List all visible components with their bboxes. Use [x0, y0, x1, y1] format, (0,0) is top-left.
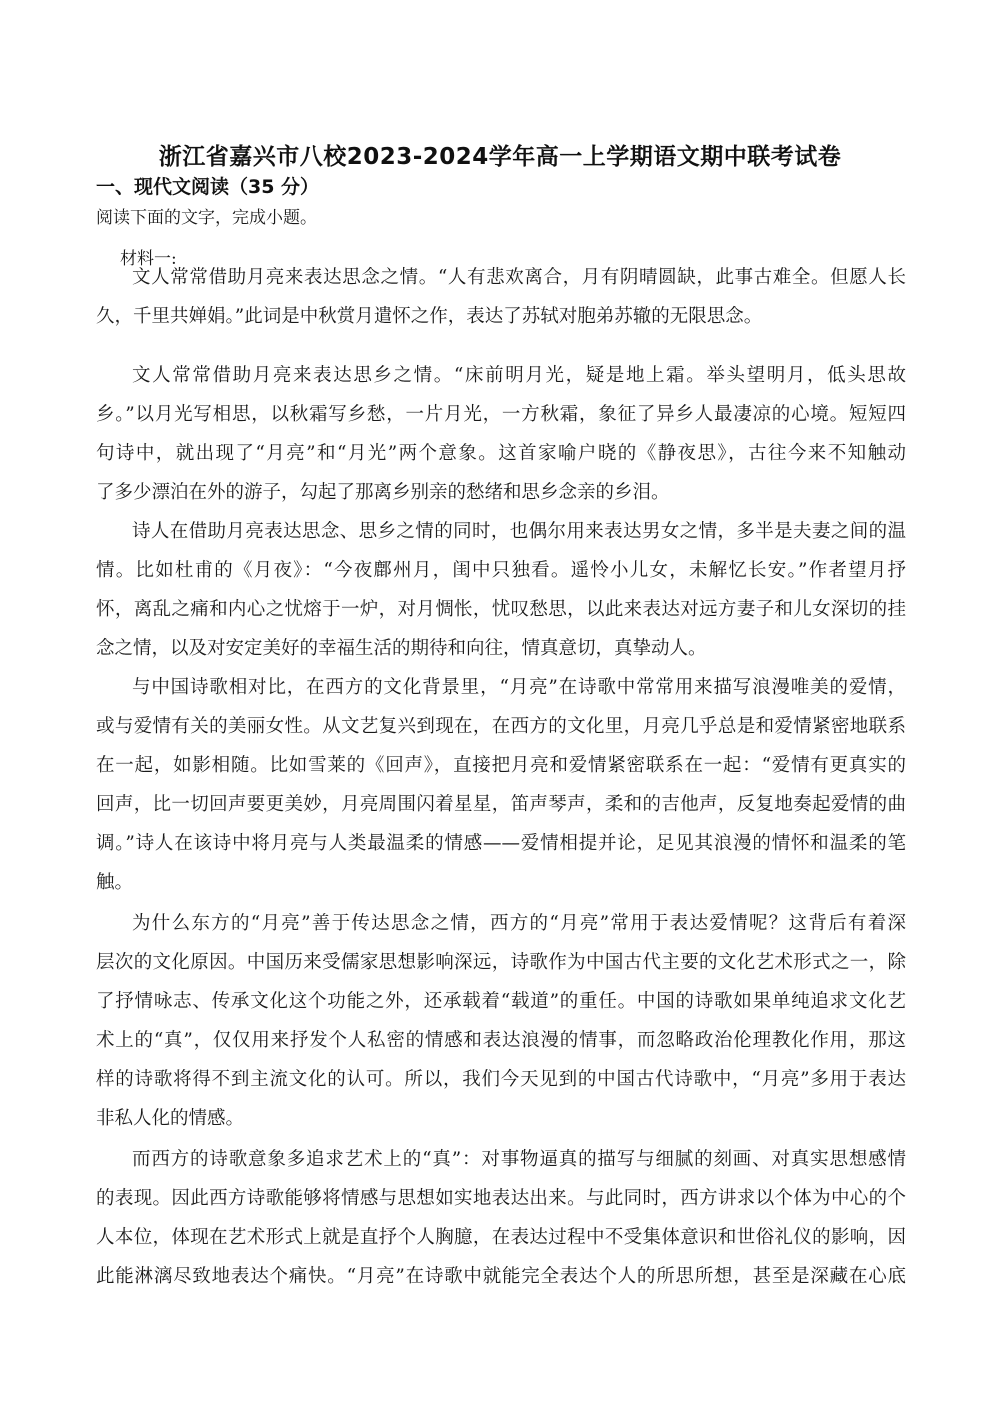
passage-line: 在一起，如影相随。比如雪莱的《回声》，直接把月亮和爱情紧密联系在一起：“爱情有更…: [96, 754, 906, 778]
passage-line: 为什么东方的“月亮”善于传达思念之情，西方的“月亮”常用于表达爱情呢？这背后有着…: [132, 912, 906, 936]
passage-line: 句诗中，就出现了“月亮”和“月光”两个意象。这首家喻户晓的《静夜思》，古往今来不…: [96, 442, 906, 466]
passage-line: 了多少漂泊在外的游子，勾起了那离乡别亲的愁绪和思乡念亲的乡泪。: [96, 481, 906, 505]
passage-line: 与中国诗歌相对比，在西方的文化背景里，“月亮”在诗歌中常常用来描写浪漫唯美的爱情…: [132, 676, 906, 700]
passage-line: 乡。”以月光写相思，以秋霜写乡愁，一片月光，一方秋霜，象征了异乡人最凄凉的心境。…: [96, 403, 906, 427]
passage-line: 回声，比一切回声要更美妙，月亮周围闪着星星，笛声琴声，柔和的吉他声，反复地奏起爱…: [96, 793, 906, 817]
passage-line: 念之情，以及对安定美好的幸福生活的期待和向往，情真意切，真挚动人。: [96, 637, 906, 661]
passage-line: 文人常常借助月亮来表达思乡之情。“床前明月光，疑是地上霜。举头望明月，低头思故: [132, 364, 906, 388]
passage-line: 文人常常借助月亮来表达思念之情。“人有悲欢离合，月有阴晴圆缺，此事古难全。但愿人…: [132, 266, 906, 290]
passage-line: 情。比如杜甫的《月夜》：“今夜鄜州月，闺中只独看。遥怜小儿女，未解忆长安。”作者…: [96, 559, 906, 583]
exam-title: 浙江省嘉兴市八校2023-2024学年高一上学期语文期中联考试卷: [0, 138, 1000, 171]
passage-line: 了抒情咏志、传承文化这个功能之外，还承载着“载道”的重任。中国的诗歌如果单纯追求…: [96, 990, 906, 1014]
reading-instruction: 阅读下面的文字，完成小题。: [96, 203, 317, 228]
passage-line: 诗人在借助月亮表达思念、思乡之情的同时，也偶尔用来表达男女之情，多半是夫妻之间的…: [132, 520, 906, 544]
passage-line: 样的诗歌将得不到主流文化的认可。所以，我们今天见到的中国古代诗歌中，“月亮”多用…: [96, 1068, 906, 1092]
section-heading-modern-reading: 一、现代文阅读（35 分）: [96, 172, 319, 199]
passage-line: 怀，离乱之痛和内心之忧熔于一炉，对月惆怅，忧叹愁思，以此来表达对远方妻子和儿女深…: [96, 598, 906, 622]
passage-line: 久，千里共婵娟。”此词是中秋赏月遣怀之作，表达了苏轼对胞弟苏辙的无限思念。: [96, 305, 906, 329]
passage-line: 而西方的诗歌意象多追求艺术上的“真”：对事物逼真的描写与细腻的刻画、对真实思想感…: [132, 1148, 906, 1172]
passage-line: 术上的“真”，仅仅用来抒发个人私密的情感和表达浪漫的情事，而忽略政治伦理教化作用…: [96, 1029, 906, 1053]
passage-line: 非私人化的情感。: [96, 1107, 906, 1131]
passage-line: 的表现。因此西方诗歌能够将情感与思想如实地表达出来。与此同时，西方讲求以个体为中…: [96, 1187, 906, 1211]
passage-line: 调。”诗人在该诗中将月亮与人类最温柔的情感——爱情相提并论，足见其浪漫的情怀和温…: [96, 832, 906, 856]
passage-line: 人本位，体现在艺术形式上就是直抒个人胸臆，在表达过程中不受集体意识和世俗礼仪的影…: [96, 1226, 906, 1250]
passage-line: 层次的文化原因。中国历来受儒家思想影响深远，诗歌作为中国古代主要的文化艺术形式之…: [96, 951, 906, 975]
passage-line: 此能淋漓尽致地表达个痛快。“月亮”在诗歌中就能完全表达个人的所思所想，甚至是深藏…: [96, 1265, 906, 1289]
passage-line: 触。: [96, 871, 906, 895]
passage-line: 或与爱情有关的美丽女性。从文艺复兴到现在，在西方的文化里，月亮几乎总是和爱情紧密…: [96, 715, 906, 739]
exam-page: 浙江省嘉兴市八校2023-2024学年高一上学期语文期中联考试卷 一、现代文阅读…: [0, 0, 1000, 1414]
